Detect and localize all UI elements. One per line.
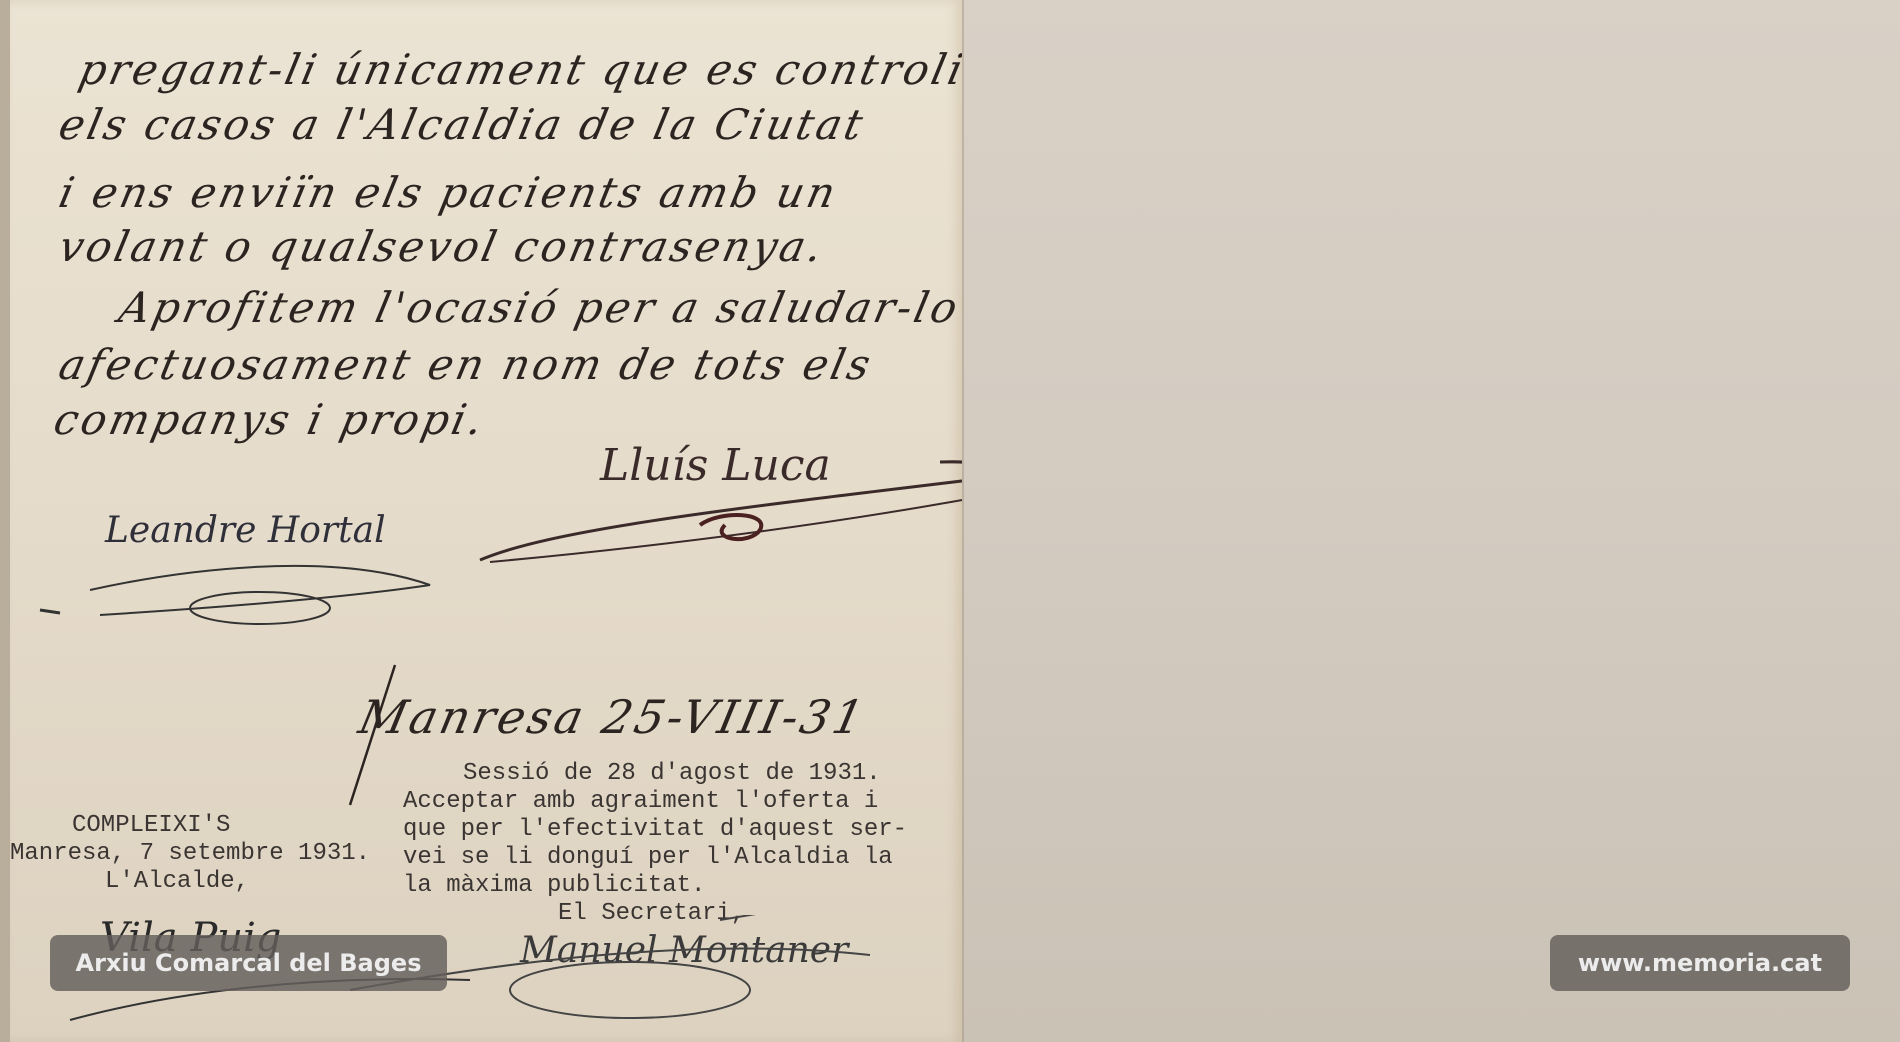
- handwritten-line: Aprofitem l'ocasió per a saludar-lo: [115, 283, 965, 332]
- session-note-line: vei se li donguí per l'Alcaldia la: [403, 844, 893, 872]
- handwritten-line: els casos a l'Alcaldia de la Ciutat: [55, 100, 870, 149]
- signature-flourish-right: [470, 450, 1010, 580]
- archive-watermark: Arxiu Comarcal del Bages: [50, 935, 447, 991]
- session-note-line: la màxima publicitat.: [403, 872, 705, 900]
- session-note-line: Acceptar amb agraiment l'oferta i: [403, 788, 878, 816]
- page-edge: [0, 0, 10, 1042]
- decree-place-date: Manresa, 7 setembre 1931.: [10, 840, 370, 868]
- decree-signatory-title: L'Alcalde,: [105, 868, 249, 896]
- letter-page: pregant-li únicament que es controlin el…: [10, 0, 962, 1042]
- date-flourish: [340, 660, 400, 810]
- signature-flourish-left: [30, 530, 450, 630]
- handwritten-line: companys i propi.: [50, 395, 490, 444]
- handwritten-line: afectuosament en nom de tots els: [55, 340, 878, 389]
- blank-page: [962, 0, 1900, 1042]
- session-note-line: Sessió de 28 d'agost de 1931.: [463, 760, 881, 788]
- handwritten-line: i ens enviïn els pacients amb un: [55, 168, 843, 217]
- session-note-line: que per l'efectivitat d'aquest ser-: [403, 816, 907, 844]
- handwritten-line: volant o qualsevol contrasenya.: [55, 222, 830, 271]
- handwritten-line: pregant-li únicament que es controlin: [75, 45, 1000, 94]
- page-fold-divider: [962, 0, 964, 1042]
- website-watermark: www.memoria.cat: [1550, 935, 1850, 991]
- decree-heading: COMPLEIXI'S: [72, 812, 230, 840]
- date-line: Manresa 25-VIII-31: [354, 690, 871, 744]
